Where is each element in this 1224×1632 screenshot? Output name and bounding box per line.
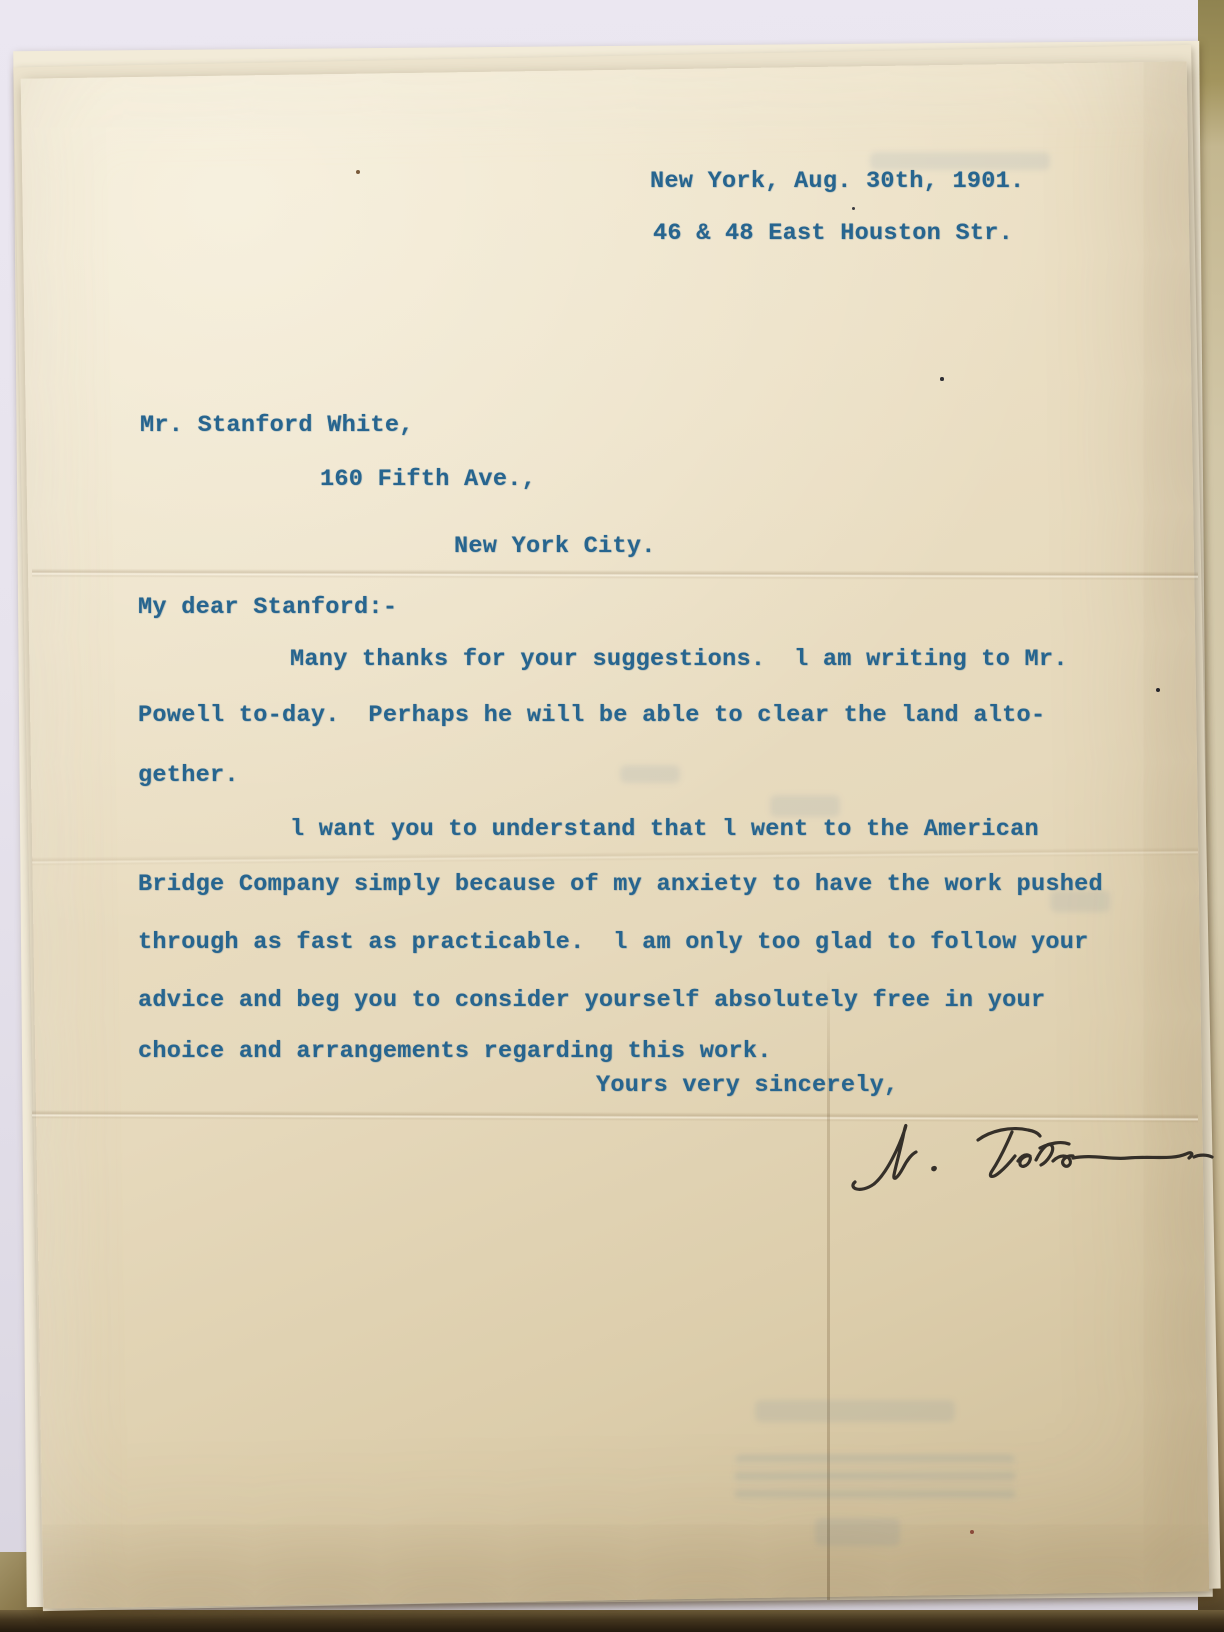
paper-speck [1156,688,1160,692]
recipient-street-line: 160 Fifth Ave., [320,466,536,494]
body-line: l want you to understand that l went to … [290,816,1039,844]
ink-bleedthrough-smudge [815,1518,900,1546]
crease-middle [32,847,1198,866]
salutation: My dear Stanford:- [138,594,397,622]
dateline: New York, Aug. 30th, 1901. [650,168,1024,196]
ink-bleedthrough-smudge [755,1400,955,1422]
ink-bleedthrough-smudge [620,765,680,783]
sender-address-line: 46 & 48 East Houston Str. [653,220,1013,248]
table-surface-bottom-strip [0,1610,1224,1632]
body-line: through as fast as practicable. l am onl… [138,929,1089,957]
letter-content: New York, Aug. 30th, 1901. 46 & 48 East … [32,70,1198,1600]
body-line: advice and beg you to consider yourself … [138,987,1045,1015]
body-line: Bridge Company simply because of my anxi… [138,871,1103,899]
signature-ink [840,1110,1220,1210]
body-line: gether. [138,762,239,790]
ink-bleedthrough-smudge [770,795,840,817]
letter-page: New York, Aug. 30th, 1901. 46 & 48 East … [21,61,1210,1608]
recipient-name-line: Mr. Stanford White, [140,412,414,440]
fold-crease-vertical [827,970,830,1600]
recipient-city-line: New York City. [454,533,656,561]
photo-of-letter: New York, Aug. 30th, 1901. 46 & 48 East … [0,0,1224,1632]
paper-speck [356,170,360,174]
closing-line: Yours very sincerely, [596,1072,898,1100]
fold-crease-upper [32,568,1198,580]
paper-speck [852,207,855,210]
paper-speck [940,377,944,381]
signature: N. Tesla [840,1110,1220,1210]
body-line: Many thanks for your suggestions. l am w… [290,646,1068,674]
paper-speck [970,1530,974,1534]
ink-bleedthrough-smudge [735,1455,1015,1500]
body-line: Powell to-day. Perhaps he will be able t… [138,702,1045,730]
body-line: choice and arrangements regarding this w… [138,1038,772,1066]
